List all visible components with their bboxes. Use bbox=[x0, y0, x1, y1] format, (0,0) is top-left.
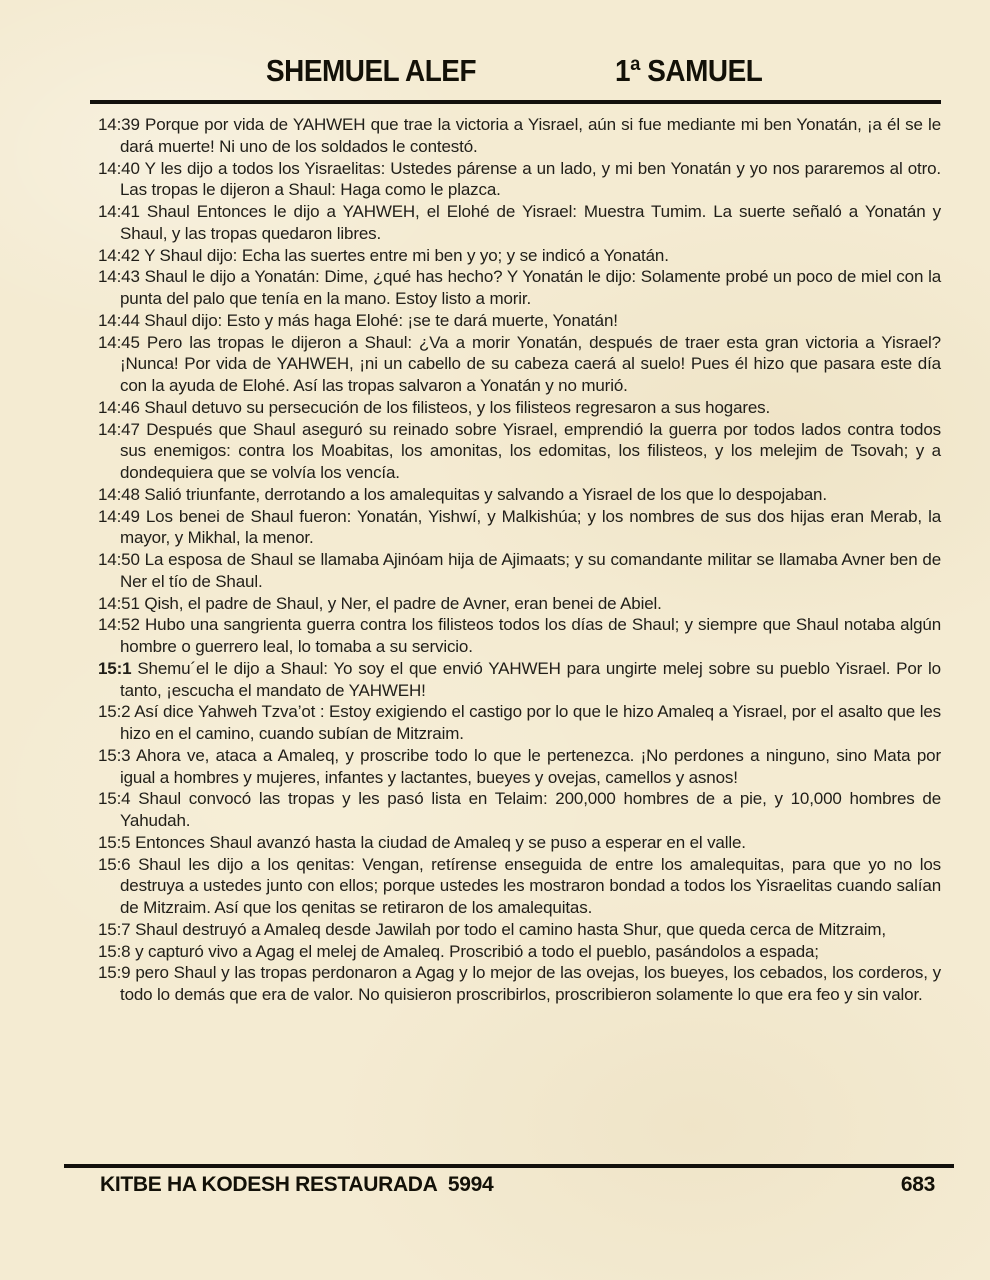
page-footer: KITBE HA KODESH RESTAURADA 5994 683 bbox=[100, 1173, 935, 1197]
verse: 15:3 Ahora ve, ataca a Amaleq, y proscri… bbox=[98, 745, 941, 789]
verse: 14:50 La esposa de Shaul se llamaba Ajin… bbox=[98, 549, 941, 593]
verse: 14:42 Y Shaul dijo: Echa las suertes ent… bbox=[98, 245, 941, 267]
verse: 14:44 Shaul dijo: Esto y más haga Elohé:… bbox=[98, 310, 941, 332]
verse-number: 14:51 bbox=[98, 594, 140, 613]
verse: 14:40 Y les dijo a todos los Yisraelitas… bbox=[98, 158, 941, 202]
verse-number: 15:2 bbox=[98, 702, 131, 721]
footer-page-number: 683 bbox=[901, 1173, 935, 1197]
verse-number: 14:43 bbox=[98, 267, 140, 286]
verse: 14:46 Shaul detuvo su persecución de los… bbox=[98, 397, 941, 419]
verse-number: 14:48 bbox=[98, 485, 140, 504]
verse: 14:51 Qish, el padre de Shaul, y Ner, el… bbox=[98, 593, 941, 615]
verse-number: 15:3 bbox=[98, 746, 131, 765]
verse-number: 14:47 bbox=[98, 420, 140, 439]
verse-number: 15:4 bbox=[98, 789, 131, 808]
verse-number: 15:9 bbox=[98, 963, 131, 982]
verse-number: 15:1 bbox=[98, 659, 131, 678]
verse-number: 15:6 bbox=[98, 855, 131, 874]
verses-container: 14:39 Porque por vida de YAHWEH que trae… bbox=[98, 114, 941, 1006]
verse: 15:5 Entonces Shaul avanzó hasta la ciud… bbox=[98, 832, 941, 854]
footer-rule bbox=[64, 1164, 954, 1168]
verse: 15:7 Shaul destruyó a Amaleq desde Jawil… bbox=[98, 919, 941, 941]
verse: 14:45 Pero las tropas le dijeron a Shaul… bbox=[98, 332, 941, 397]
verse: 14:43 Shaul le dijo a Yonatán: Dime, ¿qu… bbox=[98, 266, 941, 310]
verse: 15:6 Shaul les dijo a los qenitas: Venga… bbox=[98, 854, 941, 919]
page-header-title-spanish: 1ª SAMUEL bbox=[615, 53, 762, 89]
verse: 15:8 y capturó vivo a Agag el melej de A… bbox=[98, 941, 941, 963]
verse-number: 14:50 bbox=[98, 550, 140, 569]
verse-number: 14:40 bbox=[98, 159, 140, 178]
verse: 14:41 Shaul Entonces le dijo a YAHWEH, e… bbox=[98, 201, 941, 245]
verse-number: 14:42 bbox=[98, 246, 140, 265]
verse-number: 14:46 bbox=[98, 398, 140, 417]
verse-number: 15:7 bbox=[98, 920, 131, 939]
verse-number: 14:45 bbox=[98, 333, 140, 352]
verse: 15:4 Shaul convocó las tropas y les pasó… bbox=[98, 788, 941, 832]
verse-number: 14:52 bbox=[98, 615, 140, 634]
verse-number: 14:41 bbox=[98, 202, 140, 221]
footer-edition-label: KITBE HA KODESH RESTAURADA 5994 bbox=[100, 1173, 493, 1197]
header-rule bbox=[90, 100, 941, 104]
verse: 14:47 Después que Shaul aseguró su reina… bbox=[98, 419, 941, 484]
verse: 15:1 Shemu´el le dijo a Shaul: Yo soy el… bbox=[98, 658, 941, 702]
verse-number: 14:39 bbox=[98, 115, 140, 134]
verse: 15:9 pero Shaul y las tropas perdonaron … bbox=[98, 962, 941, 1006]
scripture-page: SHEMUEL ALEF 1ª SAMUEL 14:39 Porque por … bbox=[0, 0, 990, 1280]
verse-number: 15:5 bbox=[98, 833, 131, 852]
verse: 14:52 Hubo una sangrienta guerra contra … bbox=[98, 614, 941, 658]
verse: 14:39 Porque por vida de YAHWEH que trae… bbox=[98, 114, 941, 158]
verse-number: 14:44 bbox=[98, 311, 140, 330]
verse-number: 15:8 bbox=[98, 942, 131, 961]
verse-number: 14:49 bbox=[98, 507, 140, 526]
verse: 14:49 Los benei de Shaul fueron: Yonatán… bbox=[98, 506, 941, 550]
page-header-title-hebrew: SHEMUEL ALEF bbox=[266, 53, 476, 89]
verse: 15:2 Así dice Yahweh Tzva’ot : Estoy exi… bbox=[98, 701, 941, 745]
verse: 14:48 Salió triunfante, derrotando a los… bbox=[98, 484, 941, 506]
